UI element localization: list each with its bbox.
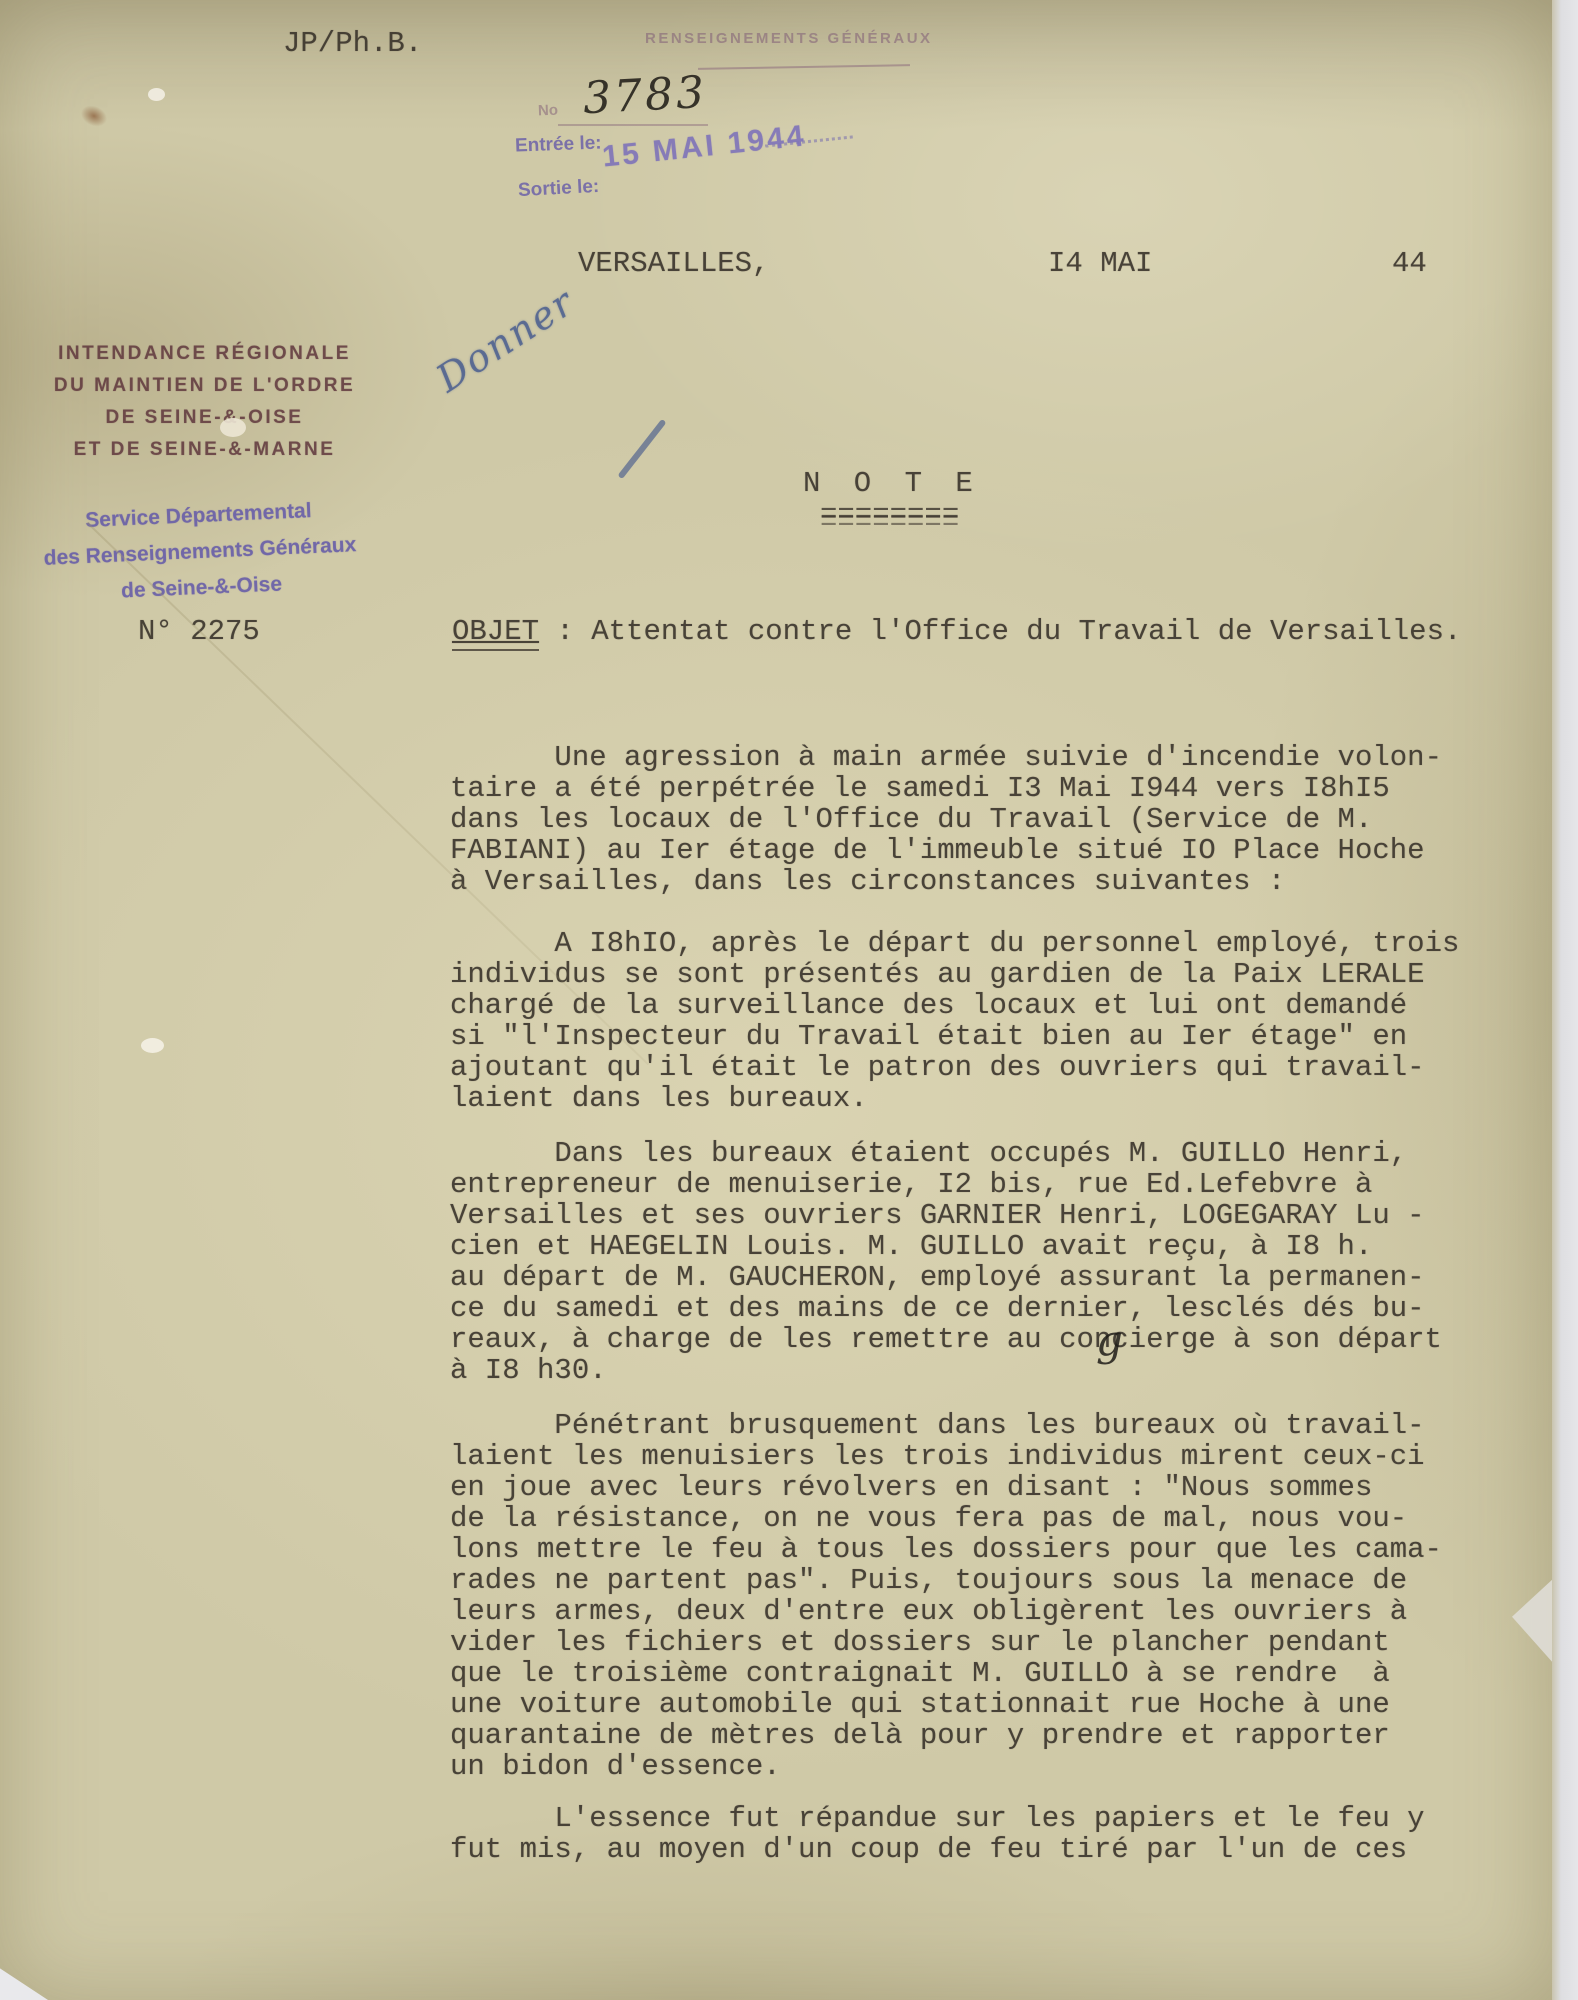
subject-line: OBJET : Attentat contre l'Office du Trav…	[452, 616, 1461, 647]
scan-background-right	[1552, 0, 1578, 2000]
paper-sheet: JP/Ph.B. RENSEIGNEMENTS GÉNÉRAUX No 3783…	[0, 0, 1552, 2000]
handwritten-annotation: Donner	[429, 279, 583, 400]
rg-number-rule	[558, 124, 708, 126]
rg-stamp-rule	[698, 64, 910, 70]
dateline-year: 44	[1392, 248, 1427, 279]
entry-date-label: Entrée le:	[515, 132, 602, 157]
paragraph-2: A I8hIO, après le départ du personnel em…	[450, 928, 1578, 1114]
dateline-city: VERSAILLES,	[578, 248, 769, 279]
service-departemental-stamp: Service Départemental des Renseignements…	[18, 490, 382, 614]
typist-reference: JP/Ph.B.	[283, 28, 422, 59]
rg-number-handwritten: 3783	[582, 67, 708, 124]
handwritten-correction: g	[1096, 1316, 1123, 1365]
paper-stain	[72, 97, 115, 135]
paper-chip	[141, 1038, 164, 1053]
paragraph-4: Pénétrant brusquement dans les bureaux o…	[450, 1410, 1578, 1782]
rg-number-label: No	[538, 102, 559, 120]
note-title-underline: ========	[820, 505, 959, 525]
rg-stamp-title: RENSEIGNEMENTS GÉNÉRAUX	[645, 30, 933, 47]
paper-chip	[220, 418, 246, 437]
subject-text: Attentat contre l'Office du Travail de V…	[591, 615, 1461, 648]
paragraph-1: Une agression à main armée suivie d'ince…	[450, 742, 1578, 897]
date-received-stamp: 15 MAI 1944	[601, 119, 808, 174]
subject-label: OBJET	[452, 615, 539, 651]
subject-separator: :	[539, 615, 591, 648]
dateline-day-month: I4 MAI	[1048, 248, 1152, 279]
exit-date-label: Sortie le:	[517, 176, 599, 202]
intendance-stamp: INTENDANCE RÉGIONALE DU MAINTIEN DE L'OR…	[32, 338, 377, 466]
handwritten-annotation-stroke	[617, 419, 666, 479]
note-title: N O T E	[803, 468, 981, 499]
scanned-document: JP/Ph.B. RENSEIGNEMENTS GÉNÉRAUX No 3783…	[0, 0, 1578, 2000]
paper-chip	[148, 88, 165, 101]
paragraph-3: Dans les bureaux étaient occupés M. GUIL…	[450, 1138, 1578, 1386]
paragraph-5: L'essence fut répandue sur les papiers e…	[450, 1803, 1578, 1865]
